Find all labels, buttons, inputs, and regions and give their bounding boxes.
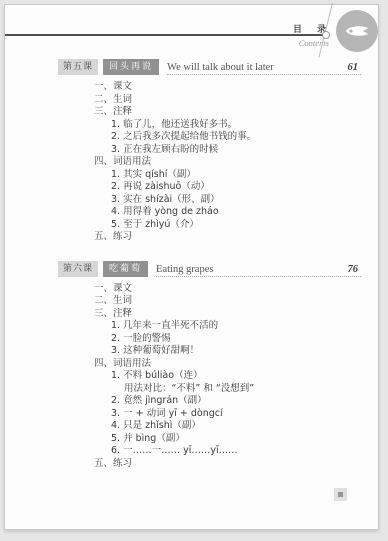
toc-item: 1. 临了儿，他还送我好多书。	[94, 119, 361, 132]
toc-item: 五、练习	[94, 458, 361, 471]
toc-item: 5. 并 bìng（副）	[94, 433, 361, 446]
toc-item: 二、生词	[94, 295, 361, 308]
toc-item: 2. 竟然 jìngrán（副）	[94, 395, 361, 408]
toc-item: 3. 实在 shízài（形、副）	[94, 194, 361, 207]
logo-bird-glyph	[342, 16, 372, 46]
toc-lesson-entry[interactable]: 第五课 回头再说 We will talk about it later 61	[58, 59, 361, 75]
lesson-page-number: 76	[342, 264, 362, 275]
lesson-title-label: 回头再说	[103, 59, 159, 75]
header-rule	[5, 34, 327, 36]
toc-item: 1. 其实 qíshí（副）	[94, 169, 361, 182]
lesson-title-label: 吃葡萄	[103, 261, 148, 277]
toc-item: 三、注释	[94, 308, 361, 321]
toc-item: 1. 不料 búliào（连）	[94, 370, 361, 383]
toc-item: 五、练习	[94, 231, 361, 244]
toc-item: 一、课文	[94, 283, 361, 296]
lesson-item-list: 一、课文二、生词三、注释1. 临了儿，他还送我好多书。2. 之后我多次提起给他书…	[94, 81, 361, 244]
toc-item: 用法对比：“不料” 和 “没想到”	[94, 383, 361, 396]
toc-item: 1. 几年来一直半死不活的	[94, 320, 361, 333]
toc-item: 一、课文	[94, 81, 361, 94]
toc-item: 三、注释	[94, 106, 361, 119]
toc-item: 4. 用得着 yòng de zháo	[94, 206, 361, 219]
toc-item: 3. 正在我左顾右盼的时候	[94, 144, 361, 157]
lesson-title-leader: We will talk about it later 61	[167, 59, 361, 75]
lesson-number-label: 第五课	[58, 59, 98, 75]
lesson-english-title: Eating grapes	[156, 264, 341, 275]
book-page: 目 录 Contents 第五课 回头再说 We will talk about…	[4, 4, 379, 530]
toc-item: 5. 至于 zhìyú（介）	[94, 219, 361, 232]
lesson-number-label: 第六课	[58, 261, 98, 277]
toc-item: 2. 再说 zàishuō（动）	[94, 181, 361, 194]
toc-item: 3. 一 + 动词 yī + dòngcí	[94, 408, 361, 421]
contents-title-english: Contents	[263, 38, 329, 48]
toc-lesson-section: 第六课 吃葡萄 Eating grapes 76 一、课文二、生词三、注释1. …	[58, 261, 361, 471]
lesson-item-list: 一、课文二、生词三、注释1. 几年来一直半死不活的2. 一脸的警惕3. 这种葡萄…	[94, 283, 361, 471]
publisher-logo-icon	[336, 10, 378, 52]
page-end-square-inner	[338, 492, 343, 497]
toc-item: 2. 一脸的警惕	[94, 333, 361, 346]
toc-item: 二、生词	[94, 94, 361, 107]
toc-lesson-section: 第五课 回头再说 We will talk about it later 61 …	[58, 59, 361, 244]
lesson-page-number: 61	[342, 62, 362, 73]
lesson-english-title: We will talk about it later	[167, 62, 341, 73]
toc-item: 四、词语用法	[94, 358, 361, 371]
toc-item: 2. 之后我多次提起给他书钱的事。	[94, 131, 361, 144]
lesson-title-leader: Eating grapes 76	[156, 261, 361, 277]
toc-item: 4. 只是 zhǐshì（副）	[94, 420, 361, 433]
toc-lesson-entry[interactable]: 第六课 吃葡萄 Eating grapes 76	[58, 261, 361, 277]
toc-body: 第五课 回头再说 We will talk about it later 61 …	[58, 59, 361, 487]
scanned-page-background: 目 录 Contents 第五课 回头再说 We will talk about…	[0, 0, 388, 541]
page-end-square-icon	[334, 488, 347, 501]
toc-item: 6. 一……一…… yī……yī……	[94, 445, 361, 458]
toc-item: 四、词语用法	[94, 156, 361, 169]
line-node-circle-icon	[322, 31, 330, 39]
toc-item: 3. 这种葡萄好甜啊！	[94, 345, 361, 358]
